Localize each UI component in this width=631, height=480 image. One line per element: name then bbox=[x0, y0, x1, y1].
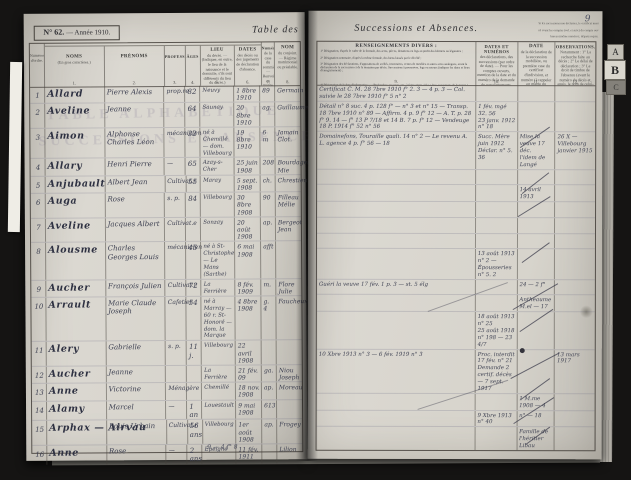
cell-dates bbox=[476, 170, 518, 185]
cell-prenoms: Victorine bbox=[107, 383, 167, 400]
cell-nom: Auga bbox=[46, 194, 106, 218]
cell-dates: Succ. Mère juin 1912 Déclar. n° 5. 36 bbox=[476, 132, 518, 168]
cell-conjoint: Guillaume bbox=[275, 103, 300, 127]
cell-numero: ag. bbox=[260, 103, 275, 127]
table-row: Domainefons, Touraille quali. 14 n° 2 — … bbox=[317, 132, 595, 170]
cell-conjoint: Jamain Clot. bbox=[275, 127, 300, 157]
cell-profession bbox=[166, 366, 187, 383]
cell-numero: 613 bbox=[262, 400, 277, 419]
table-row bbox=[317, 218, 595, 234]
cell-date: Mise la veuve 17 déc. l'idem de Langé bbox=[518, 132, 556, 168]
cell-num: 12 bbox=[32, 367, 47, 383]
cell-prenoms: Henri Pierre bbox=[105, 158, 165, 175]
cell-date: 25 juin 1908 bbox=[235, 158, 261, 175]
cell-obs bbox=[555, 218, 595, 233]
cell-numero: m. bbox=[261, 279, 276, 295]
cell-date: 9 mai 1908 bbox=[236, 400, 262, 419]
cell-obs bbox=[555, 202, 595, 217]
cell-num: 9 bbox=[31, 280, 46, 296]
cell-age: 84 bbox=[186, 193, 201, 217]
cell-dates bbox=[476, 234, 518, 249]
right-page: 9 Successions et Absences. Si les succes… bbox=[308, 11, 603, 460]
cell-age: 65 bbox=[186, 158, 201, 174]
cell-dates bbox=[475, 427, 517, 450]
cell-lieu: Louestault bbox=[202, 400, 236, 419]
cell-date: 19 8bre 1910 bbox=[235, 127, 261, 157]
cell-profession: Ménagère bbox=[166, 383, 187, 400]
column-ages: ÂGES 4. bbox=[186, 46, 201, 86]
cell-obs bbox=[555, 234, 595, 249]
cell-obs bbox=[555, 249, 595, 279]
cell-nom: Aucher bbox=[47, 366, 107, 383]
cell-numero: ap. bbox=[262, 420, 277, 444]
cell-age bbox=[187, 366, 202, 382]
cell-age: 2 ans bbox=[188, 445, 203, 464]
cell-nom: Arrault bbox=[46, 297, 106, 341]
cell-prenoms: Rose bbox=[105, 193, 165, 217]
renseignements-table: RENSEIGNEMENTS DIVERS : 1° Désignation, … bbox=[316, 41, 597, 452]
cell-conjoint bbox=[277, 340, 302, 364]
cell-profession: Cultivat.e bbox=[165, 218, 186, 242]
index-tab-c: C bbox=[606, 80, 626, 95]
cell-nom: Allard bbox=[45, 86, 105, 103]
table-row: Antheaume M.el — 17 bbox=[317, 295, 595, 312]
cell-date: 18 nov. 1908 bbox=[236, 383, 262, 400]
cell-conjoint: Bergeot Jean bbox=[276, 217, 301, 241]
cell-profession: — bbox=[167, 445, 188, 464]
column-date-declaration: DATE de la déclaration de la succession … bbox=[518, 42, 556, 85]
cell-num: 16 bbox=[32, 446, 47, 465]
cell-dates bbox=[476, 296, 518, 312]
cell-lieu: Sonzay bbox=[201, 217, 235, 241]
cell-prenoms: Alphonse Charles Léon bbox=[105, 128, 165, 158]
cell-conjoint: Bourdages Mie bbox=[276, 158, 301, 175]
cell-dates bbox=[476, 202, 518, 217]
table-row: 15Arphax — AirvauLouis UrbainCultivat.r5… bbox=[32, 420, 302, 446]
table-row: 3AimonAlphonse Charles Léonmécanicien32n… bbox=[30, 127, 300, 159]
cell-dates: 18 août 1913 n° 25 25 août 1918 n° 198 —… bbox=[476, 312, 518, 348]
cell-rens bbox=[317, 410, 476, 426]
table-row: 11AleryGabrielles. p.11 j.Villebourg22 a… bbox=[32, 340, 302, 366]
bookmark-strip bbox=[8, 62, 22, 232]
cell-date: 20 8bre 1910 bbox=[234, 103, 260, 127]
table-row: 13 août 1913 n° 2 — Épousseries n° 5. 2 bbox=[317, 249, 595, 280]
cell-date: 8 fév. 1909 bbox=[236, 279, 262, 296]
cell-profession: Cultivat.r bbox=[165, 176, 186, 193]
cell-conjoint bbox=[277, 400, 302, 419]
cell-obs bbox=[555, 280, 595, 295]
cell-numero: 89 bbox=[260, 85, 275, 101]
cell-num: 5 bbox=[31, 177, 46, 193]
cell-age: 54 bbox=[187, 297, 202, 340]
cell-date: 14 avril 1913 bbox=[518, 185, 556, 201]
column-dates-numeros: DATES ET NUMÉROS des déclarations, des s… bbox=[476, 42, 518, 85]
cell-obs bbox=[555, 394, 595, 410]
cell-prenoms: Louis Urbain bbox=[107, 420, 167, 444]
table-row: 12AucherJeanneLa Ferrière21 fév. 09ga.Ni… bbox=[32, 365, 302, 384]
cell-lieu: Chemillé bbox=[202, 383, 236, 400]
column-professions: PROFESSIONS 3. bbox=[165, 46, 186, 86]
table-row: Détail n° 8 suc. 4 p. 128 f° — n° 3 et n… bbox=[317, 101, 595, 132]
cell-date bbox=[518, 218, 556, 233]
cell-prenoms: Marcel bbox=[107, 401, 167, 420]
cell-lieu: né à Marray — 60 r. St-Honoré — dom. la … bbox=[202, 297, 236, 340]
table-row: 2AvelineJeanne64Saunay20 8bre 1910ag.Gui… bbox=[30, 103, 300, 129]
cell-dates bbox=[476, 218, 518, 233]
cell-date bbox=[517, 312, 555, 348]
column-sommier: Numéro de la case du sommier. — Renvoi e… bbox=[261, 42, 276, 85]
cell-numero: ga. bbox=[262, 365, 277, 381]
cell-lieu: né à Chemillé — dom. Villebourg bbox=[201, 128, 235, 158]
cell-age: 72 bbox=[187, 279, 202, 295]
form-year: — Année 1910. bbox=[66, 28, 110, 36]
cell-nom: Aucher bbox=[46, 280, 106, 297]
cell-nom: Aimon bbox=[45, 128, 105, 158]
cell-num: 8 bbox=[31, 243, 46, 279]
cell-num: 4 bbox=[31, 159, 46, 175]
table-row: Guéri la veuve 17 fév. 1 p. 3 — st. 5 él… bbox=[317, 279, 595, 295]
table-row: 18 août 1913 n° 25 25 août 1918 n° 198 —… bbox=[317, 312, 595, 350]
left-page: N° 62. — Année 1910. Table des TABLE ALP… bbox=[24, 12, 308, 461]
column-order-number: Numéros d'ordre. bbox=[30, 44, 45, 87]
cell-nom: Anne bbox=[47, 445, 107, 464]
cell-num: 6 bbox=[31, 194, 46, 218]
cell-conjoint: Filleau Mélie bbox=[276, 192, 301, 216]
cell-dates bbox=[476, 85, 518, 101]
cell-profession: prop.re bbox=[164, 86, 185, 103]
table-row: Famille de l'héritier Libau bbox=[317, 427, 595, 450]
cell-conjoint: Lilion bbox=[277, 444, 302, 463]
cell-dates: 9 Xbre 1913 n° 40 bbox=[475, 411, 517, 427]
cell-prenoms: Marie Claude Joseph bbox=[106, 297, 166, 341]
cell-rens bbox=[317, 394, 476, 410]
cell-nom: Anne bbox=[47, 384, 107, 401]
cell-numero: afft bbox=[261, 242, 276, 278]
cell-lieu: Villebourg bbox=[203, 420, 237, 444]
cell-conjoint: Niou Joseph bbox=[277, 365, 302, 382]
cell-age: 55 bbox=[186, 176, 201, 192]
cell-date: 22 avril 1908 bbox=[236, 341, 262, 365]
cell-age: 11 j. bbox=[187, 341, 202, 365]
cell-age: 64 bbox=[186, 103, 201, 127]
cell-age: 32 bbox=[186, 128, 201, 158]
table-row: 9AucherFrançois JulienCultivat.r72La Fer… bbox=[31, 279, 301, 298]
table-row: 10ArraultMarie Claude JosephCafetier54né… bbox=[31, 296, 301, 342]
index-tab-b: B bbox=[604, 60, 626, 80]
cell-conjoint: Chrestien bbox=[276, 175, 301, 192]
cell-nom: Alery bbox=[47, 342, 107, 366]
cell-obs bbox=[556, 85, 596, 101]
column-noms: NOMS (En gros caractères.) 1. bbox=[45, 46, 105, 87]
cell-num: 15 bbox=[32, 421, 47, 445]
cell-rens bbox=[317, 202, 476, 217]
cell-rens bbox=[317, 218, 476, 233]
table-row: 1AllardPierre Alexisprop.re82Neuvy1 8bre… bbox=[30, 85, 300, 104]
cell-rens: Domainefons, Touraille quali. 14 n° 2 — … bbox=[317, 132, 476, 169]
cell-date bbox=[518, 234, 556, 249]
cell-prenoms: Pierre Alexis bbox=[105, 86, 165, 103]
cell-profession: mécanicien bbox=[165, 242, 186, 279]
cell-prenoms: Jacques Albert bbox=[106, 218, 166, 242]
cell-obs: 13 mars 1917 bbox=[555, 350, 595, 393]
cell-nom: Allary bbox=[45, 159, 105, 176]
cell-dates: Proc. interdit 17 fév. n° 21 Demande 2 c… bbox=[475, 350, 517, 393]
cell-num: 1 bbox=[30, 87, 45, 103]
cell-rens bbox=[317, 427, 476, 450]
table-row: Certificat C. M. 28 7bre 1910 f° 2. 3 — … bbox=[317, 85, 595, 102]
page-title-right: Successions et Absences. bbox=[354, 23, 478, 34]
cell-rens: Détail n° 8 suc. 4 p. 128 f° — n° 3 et n… bbox=[317, 101, 476, 131]
table-row: 14 avril 1913 bbox=[317, 185, 595, 202]
cell-num: 13 bbox=[32, 384, 47, 400]
cell-numero: 6 m bbox=[261, 127, 276, 157]
table-row: 14AlamyMarcel—1 anLouestault9 mai 190861… bbox=[32, 400, 302, 421]
cell-numero bbox=[262, 341, 277, 365]
cell-dates bbox=[476, 185, 518, 201]
cell-prenoms: Charles Georges Louis bbox=[106, 242, 166, 279]
cell-obs: 26 X — Villebourg janvier 1915 bbox=[555, 132, 595, 168]
cell-date: 1er août 1908 bbox=[236, 420, 262, 444]
cell-nom: Alamy bbox=[47, 401, 107, 420]
index-tab-a: A bbox=[607, 44, 624, 60]
table-row: 4AllaryHenri Pierre—65Azay-s-Cher25 juin… bbox=[31, 158, 301, 177]
renseignements-table-header: RENSEIGNEMENTS DIVERS : 1° Désignation, … bbox=[317, 42, 595, 87]
cell-nom: Alousme bbox=[46, 243, 106, 280]
cell-nom: Arphax — Airvau bbox=[47, 421, 107, 445]
cell-prenoms: Gabrielle bbox=[106, 341, 166, 365]
cell-age: 45 bbox=[186, 242, 201, 278]
cell-rens bbox=[317, 169, 476, 184]
table-row bbox=[317, 233, 595, 249]
form-number-box: N° 62. — Année 1910. bbox=[34, 25, 120, 41]
cell-numero bbox=[262, 444, 277, 463]
table-row: 6AugaRoses. p.84Villebourg30 8bre 190890… bbox=[31, 192, 301, 218]
cell-lieu: né à St-Christophe — Le Mans (Sarthe) bbox=[201, 242, 235, 279]
page-title-left: Table des bbox=[252, 24, 299, 35]
cell-profession: Cafetier bbox=[166, 297, 187, 340]
cell-dates: 13 août 1913 n° 2 — Épousseries n° 5. 2 bbox=[476, 249, 518, 279]
cell-numero: ap. bbox=[262, 383, 277, 399]
deceased-rows: 1AllardPierre Alexisprop.re82Neuvy1 8bre… bbox=[30, 85, 302, 453]
cell-age bbox=[186, 218, 201, 242]
cell-obs bbox=[555, 312, 595, 348]
cell-lieu: Neuvy bbox=[200, 86, 234, 103]
cell-age: 1 an bbox=[187, 400, 202, 419]
cell-conjoint: Moreau bbox=[277, 382, 302, 399]
column-observations: OBSERVATIONS. Notamment : 1° La recherch… bbox=[556, 42, 596, 85]
corner-instructions: Si les successions non déclarées, le cer… bbox=[538, 22, 598, 42]
cell-age: 82 bbox=[185, 86, 200, 102]
cell-dates: 1 fév. mgé 32. 56 23 janv. 1912 n° 18 bbox=[476, 102, 518, 132]
cell-age bbox=[187, 383, 202, 399]
cell-num: 2 bbox=[30, 104, 45, 128]
cell-numero: ch. bbox=[261, 175, 276, 191]
cell-rens bbox=[317, 233, 476, 248]
table-row: 16AnneRose—2 ansÉpeigné11 fév. 1911Lilio… bbox=[32, 444, 302, 464]
table-row: 8AlousmeCharles Georges Louismécanicien4… bbox=[31, 241, 301, 280]
cell-date: 1 8bre 1910 bbox=[234, 85, 260, 102]
ink-blot bbox=[520, 348, 525, 353]
cell-date: 30 8bre 1908 bbox=[235, 193, 261, 217]
cell-nom: Aveline bbox=[45, 104, 105, 128]
cell-lieu: La Ferrière bbox=[202, 365, 236, 382]
cell-profession: mécanicien bbox=[165, 128, 186, 158]
cell-obs bbox=[555, 170, 595, 185]
cell-num: 7 bbox=[31, 218, 46, 242]
cell-prenoms: François Julien bbox=[106, 280, 166, 297]
cell-date: 4 8bre 1908 bbox=[236, 296, 262, 339]
cell-numero: g. 4 bbox=[261, 296, 276, 339]
deceased-table: Numéros d'ordre. INDIVIDUS DÉCÉDÉS OU DÉ… bbox=[29, 41, 304, 454]
ink-stain bbox=[580, 305, 593, 318]
cell-profession: — bbox=[165, 158, 186, 175]
column-renseignements: RENSEIGNEMENTS DIVERS : 1° Désignation, … bbox=[317, 42, 476, 85]
cell-num: 14 bbox=[32, 401, 47, 420]
cell-profession: — bbox=[166, 400, 187, 419]
cell-prenoms: Jeanne bbox=[105, 103, 165, 127]
cell-obs bbox=[555, 186, 595, 202]
header-middle-block: INDIVIDUS DÉCÉDÉS OU DÉCLARÉS ABSENTS (a… bbox=[45, 42, 261, 86]
column-dates: DATES des décès ou des jugements de décl… bbox=[235, 45, 261, 85]
cell-rens: Guéri la veuve 17 fév. 1 p. 3 — st. 5 él… bbox=[317, 279, 476, 294]
cell-lieu: Villebourg bbox=[201, 193, 235, 217]
cell-lieu: Maray bbox=[201, 175, 235, 192]
table-row: 9 Xbre 1913 n° 40n° — 18 bbox=[317, 410, 595, 427]
scanned-register-page: N° 62. — Année 1910. Table des TABLE ALP… bbox=[0, 0, 631, 480]
cell-age: 56 ans bbox=[188, 420, 203, 444]
cell-rens bbox=[317, 249, 476, 279]
cell-nom: Aveline bbox=[46, 218, 106, 242]
cell-prenoms: Albert Jean bbox=[106, 176, 166, 193]
cell-numero: ap. bbox=[261, 217, 276, 241]
cell-dates bbox=[475, 394, 517, 410]
cell-obs bbox=[555, 428, 595, 451]
cell-num: 3 bbox=[30, 129, 45, 159]
cell-date bbox=[517, 249, 555, 279]
cell-rens: 10 Xbre 1913 n° 3 — 6 fév. 1919 n° 3 bbox=[317, 349, 476, 393]
table-row bbox=[317, 202, 595, 218]
cell-conjoint: Frogey bbox=[277, 420, 302, 444]
cell-lieu: Azay-s-Cher bbox=[201, 158, 235, 175]
cell-rens: Certificat C. M. 28 7bre 1910 f° 2. 3 — … bbox=[317, 85, 476, 101]
cell-date bbox=[518, 85, 556, 101]
cell-lieu: Villebourg bbox=[202, 341, 236, 365]
cell-date: 21 fév. 09 bbox=[236, 365, 262, 382]
cell-lieu: Saunay bbox=[200, 103, 234, 127]
cell-date: 5 sept. 1908 bbox=[235, 175, 261, 192]
table-row: 5AnjubaultAlbert JeanCultivat.r55Maray5 … bbox=[31, 175, 301, 194]
column-conjoint: NOM du conjoint. — Régime matrimonial ou… bbox=[275, 42, 300, 85]
cell-conjoint: Faucheux bbox=[276, 296, 301, 339]
cell-nom: Anjubault bbox=[46, 176, 106, 193]
cell-rens bbox=[317, 185, 476, 201]
footer-scribble: 9 — 4 f° 8 bbox=[207, 444, 237, 451]
cell-profession: Cultivat.r bbox=[166, 280, 187, 297]
column-prenoms: PRÉNOMS 2. bbox=[105, 46, 165, 87]
cell-num: 10 bbox=[31, 298, 46, 341]
cell-profession: s. p. bbox=[165, 193, 186, 217]
cell-num: 11 bbox=[32, 342, 47, 366]
cell-date: n° — 18 bbox=[517, 411, 555, 427]
cell-profession bbox=[165, 103, 186, 127]
table-row bbox=[317, 169, 595, 185]
cell-date: 11 fév. 1911 bbox=[237, 444, 263, 463]
cell-lieu: La Ferrière bbox=[202, 279, 236, 296]
deceased-table-header: Numéros d'ordre. INDIVIDUS DÉCÉDÉS OU DÉ… bbox=[30, 42, 300, 88]
form-number: N° 62. bbox=[43, 28, 64, 37]
cell-profession: s. p. bbox=[166, 341, 187, 365]
cell-date: Famille de l'héritier Libau bbox=[517, 427, 555, 450]
cell-numero: 208 bbox=[261, 158, 276, 174]
table-row: 13AnneVictorineMénagèreChemillé18 nov. 1… bbox=[32, 382, 302, 401]
table-row: 7AvelineJacques AlbertCultivat.eSonzay20… bbox=[31, 217, 301, 243]
cell-prenoms: Rose bbox=[107, 445, 167, 464]
column-lieu: LIEU du décès. — (Indiquer, en outre, le… bbox=[201, 45, 235, 85]
cell-profession: Cultivat.r bbox=[167, 420, 188, 444]
cell-obs bbox=[555, 411, 595, 427]
cell-conjoint: Germain bbox=[275, 85, 300, 102]
cell-numero: 90 bbox=[261, 193, 276, 217]
cell-date: 6 mai 1908 bbox=[235, 242, 261, 279]
cell-conjoint bbox=[276, 241, 301, 278]
cell-date: 20 août 1908 bbox=[235, 217, 261, 241]
cell-conjoint: Flore Julie bbox=[276, 279, 301, 296]
cell-rens bbox=[317, 312, 476, 349]
cell-obs bbox=[556, 102, 596, 132]
cell-prenoms: Jeanne bbox=[107, 366, 167, 383]
